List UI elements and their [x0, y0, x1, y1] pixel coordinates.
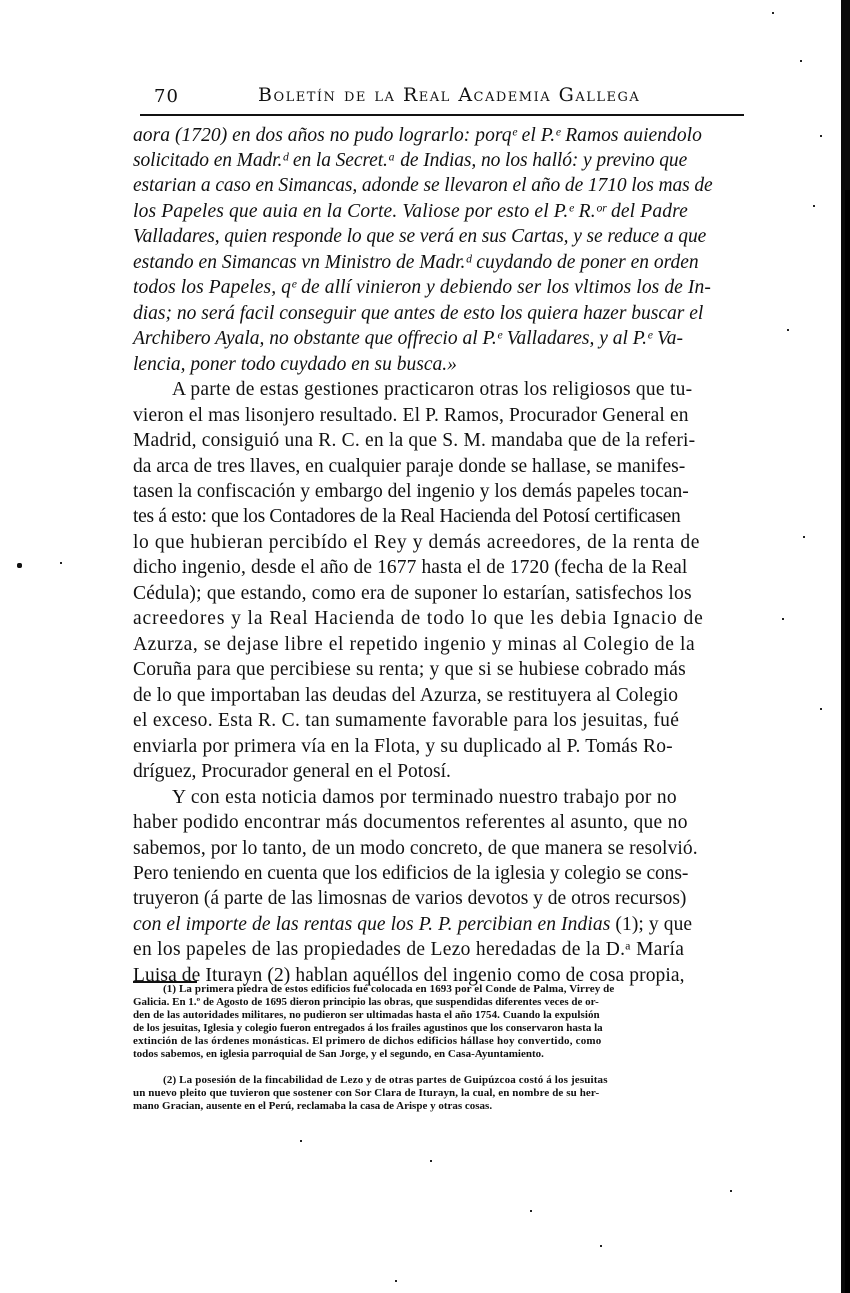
body-line: Madrid, consiguió una R. C. en la que S.… [133, 430, 695, 452]
quote-line: solicitado en Madr.ᵈ en la Secret.ᵃ de I… [133, 150, 687, 172]
footnote-1-line: de los jesuitas, Iglesia y colegio fuero… [133, 1022, 603, 1035]
scan-speck [730, 1190, 732, 1192]
italic-phrase: con el importe de las rentas que los P. … [133, 914, 610, 935]
scan-speck [395, 1280, 397, 1282]
footnote-1-line: den de las autoridades militares, no pud… [133, 1009, 600, 1022]
body-line: Cédula); que estando, como era de supone… [133, 583, 692, 605]
scan-speck [430, 1160, 432, 1162]
quote-line: Archibero Ayala, no obstante que offreci… [133, 328, 683, 350]
body-line: tes á esto: que los Contadores de la Rea… [133, 506, 680, 528]
scan-speck [300, 1140, 302, 1142]
scan-speck [60, 562, 62, 564]
footnote-2-line: mano Gracian, ausente en el Perú, reclam… [133, 1100, 492, 1113]
footnote-2-line: (2) La posesión de la fincabilidad de Le… [163, 1074, 608, 1087]
body-line: enviarla por primera vía en la Flota, y … [133, 736, 673, 758]
body-line: A parte de estas gestiones practicaron o… [172, 379, 692, 401]
body-line: en los papeles de las propiedades de Lez… [133, 939, 684, 961]
footnote-2-line: un nuevo pleito que tuvieron que sostene… [133, 1087, 599, 1100]
scan-speck [820, 708, 822, 710]
footnote-1-line: extinción de las órdenes monásticas. El … [133, 1035, 601, 1048]
scan-speck [803, 536, 805, 538]
page-number: 70 [154, 86, 179, 107]
running-header: 70 Boletín de la Real Academia Gallega [148, 84, 744, 112]
body-line: Y con esta noticia damos por terminado n… [172, 787, 677, 809]
quote-line: todos los Papeles, qᵉ de allí vinieron y… [133, 277, 711, 299]
quote-line: lencia, poner todo cuydado en su busca.» [133, 354, 457, 376]
footnote-1-line: (1) La primera piedra de estos edificios… [163, 983, 614, 996]
scan-speck [813, 205, 815, 207]
footnote-ref-1: (1); y que [610, 914, 692, 935]
footnote-1-line: todos sabemos, en iglesia parroquial de … [133, 1048, 544, 1061]
body-line: dicho ingenio, desde el año de 1677 hast… [133, 557, 687, 579]
body-line: el exceso. Esta R. C. tan sumamente favo… [133, 710, 679, 732]
quote-line: estarian a caso en Simancas, adonde se l… [133, 175, 713, 197]
body-line: Azurza, se dejase libre el repetido inge… [133, 634, 695, 656]
scan-speck [800, 60, 802, 62]
quote-line: dias; no será facil conseguir que antes … [133, 303, 703, 325]
body-line: Coruña para que percibiese su renta; y q… [133, 659, 686, 681]
body-line-mixed: con el importe de las rentas que los P. … [133, 914, 692, 936]
quote-line: estando en Simancas vn Ministro de Madr.… [133, 252, 699, 274]
header-rule [140, 114, 744, 116]
quote-line: Valladares, quien responde lo que se ver… [133, 226, 706, 248]
scan-speck [820, 135, 822, 137]
journal-title: Boletín de la Real Academia Gallega [258, 84, 640, 106]
body-line: vieron el mas lisonjero resultado. El P.… [133, 405, 689, 427]
quote-line: los Papeles que auia en la Corte. Valios… [133, 201, 688, 223]
body-line: lo que hubieran percibído el Rey y demás… [133, 532, 700, 554]
body-line: sabemos, por lo tanto, de un modo concre… [133, 838, 698, 860]
scanned-page: 70 Boletín de la Real Academia Gallega a… [0, 0, 850, 1293]
scan-speck [530, 1210, 532, 1212]
scan-speck [772, 12, 774, 14]
body-line: Pero teniendo en cuenta que los edificio… [133, 863, 688, 885]
scan-speck [787, 329, 789, 331]
scan-edge-shadow-inner [845, 190, 850, 1293]
scan-speck [600, 1245, 602, 1247]
ink-blot [17, 563, 22, 568]
body-line: da arca de tres llaves, en cualquier par… [133, 456, 685, 478]
body-line: acreedores y la Real Hacienda de todo lo… [133, 608, 704, 630]
footnote-1-line: Galicia. En 1.º de Agosto de 1695 dieron… [133, 996, 599, 1009]
body-line: truyeron (á parte de las limosnas de var… [133, 888, 686, 910]
quote-line: aora (1720) en dos años no pudo lograrlo… [133, 125, 702, 147]
body-line: dríguez, Procurador general en el Potosí… [133, 761, 451, 783]
scan-speck [782, 618, 784, 620]
body-line: tasen la confiscación y embargo del inge… [133, 481, 689, 503]
body-line: haber podido encontrar más documentos re… [133, 812, 688, 834]
body-line: de lo que importaban las deudas del Azur… [133, 685, 678, 707]
